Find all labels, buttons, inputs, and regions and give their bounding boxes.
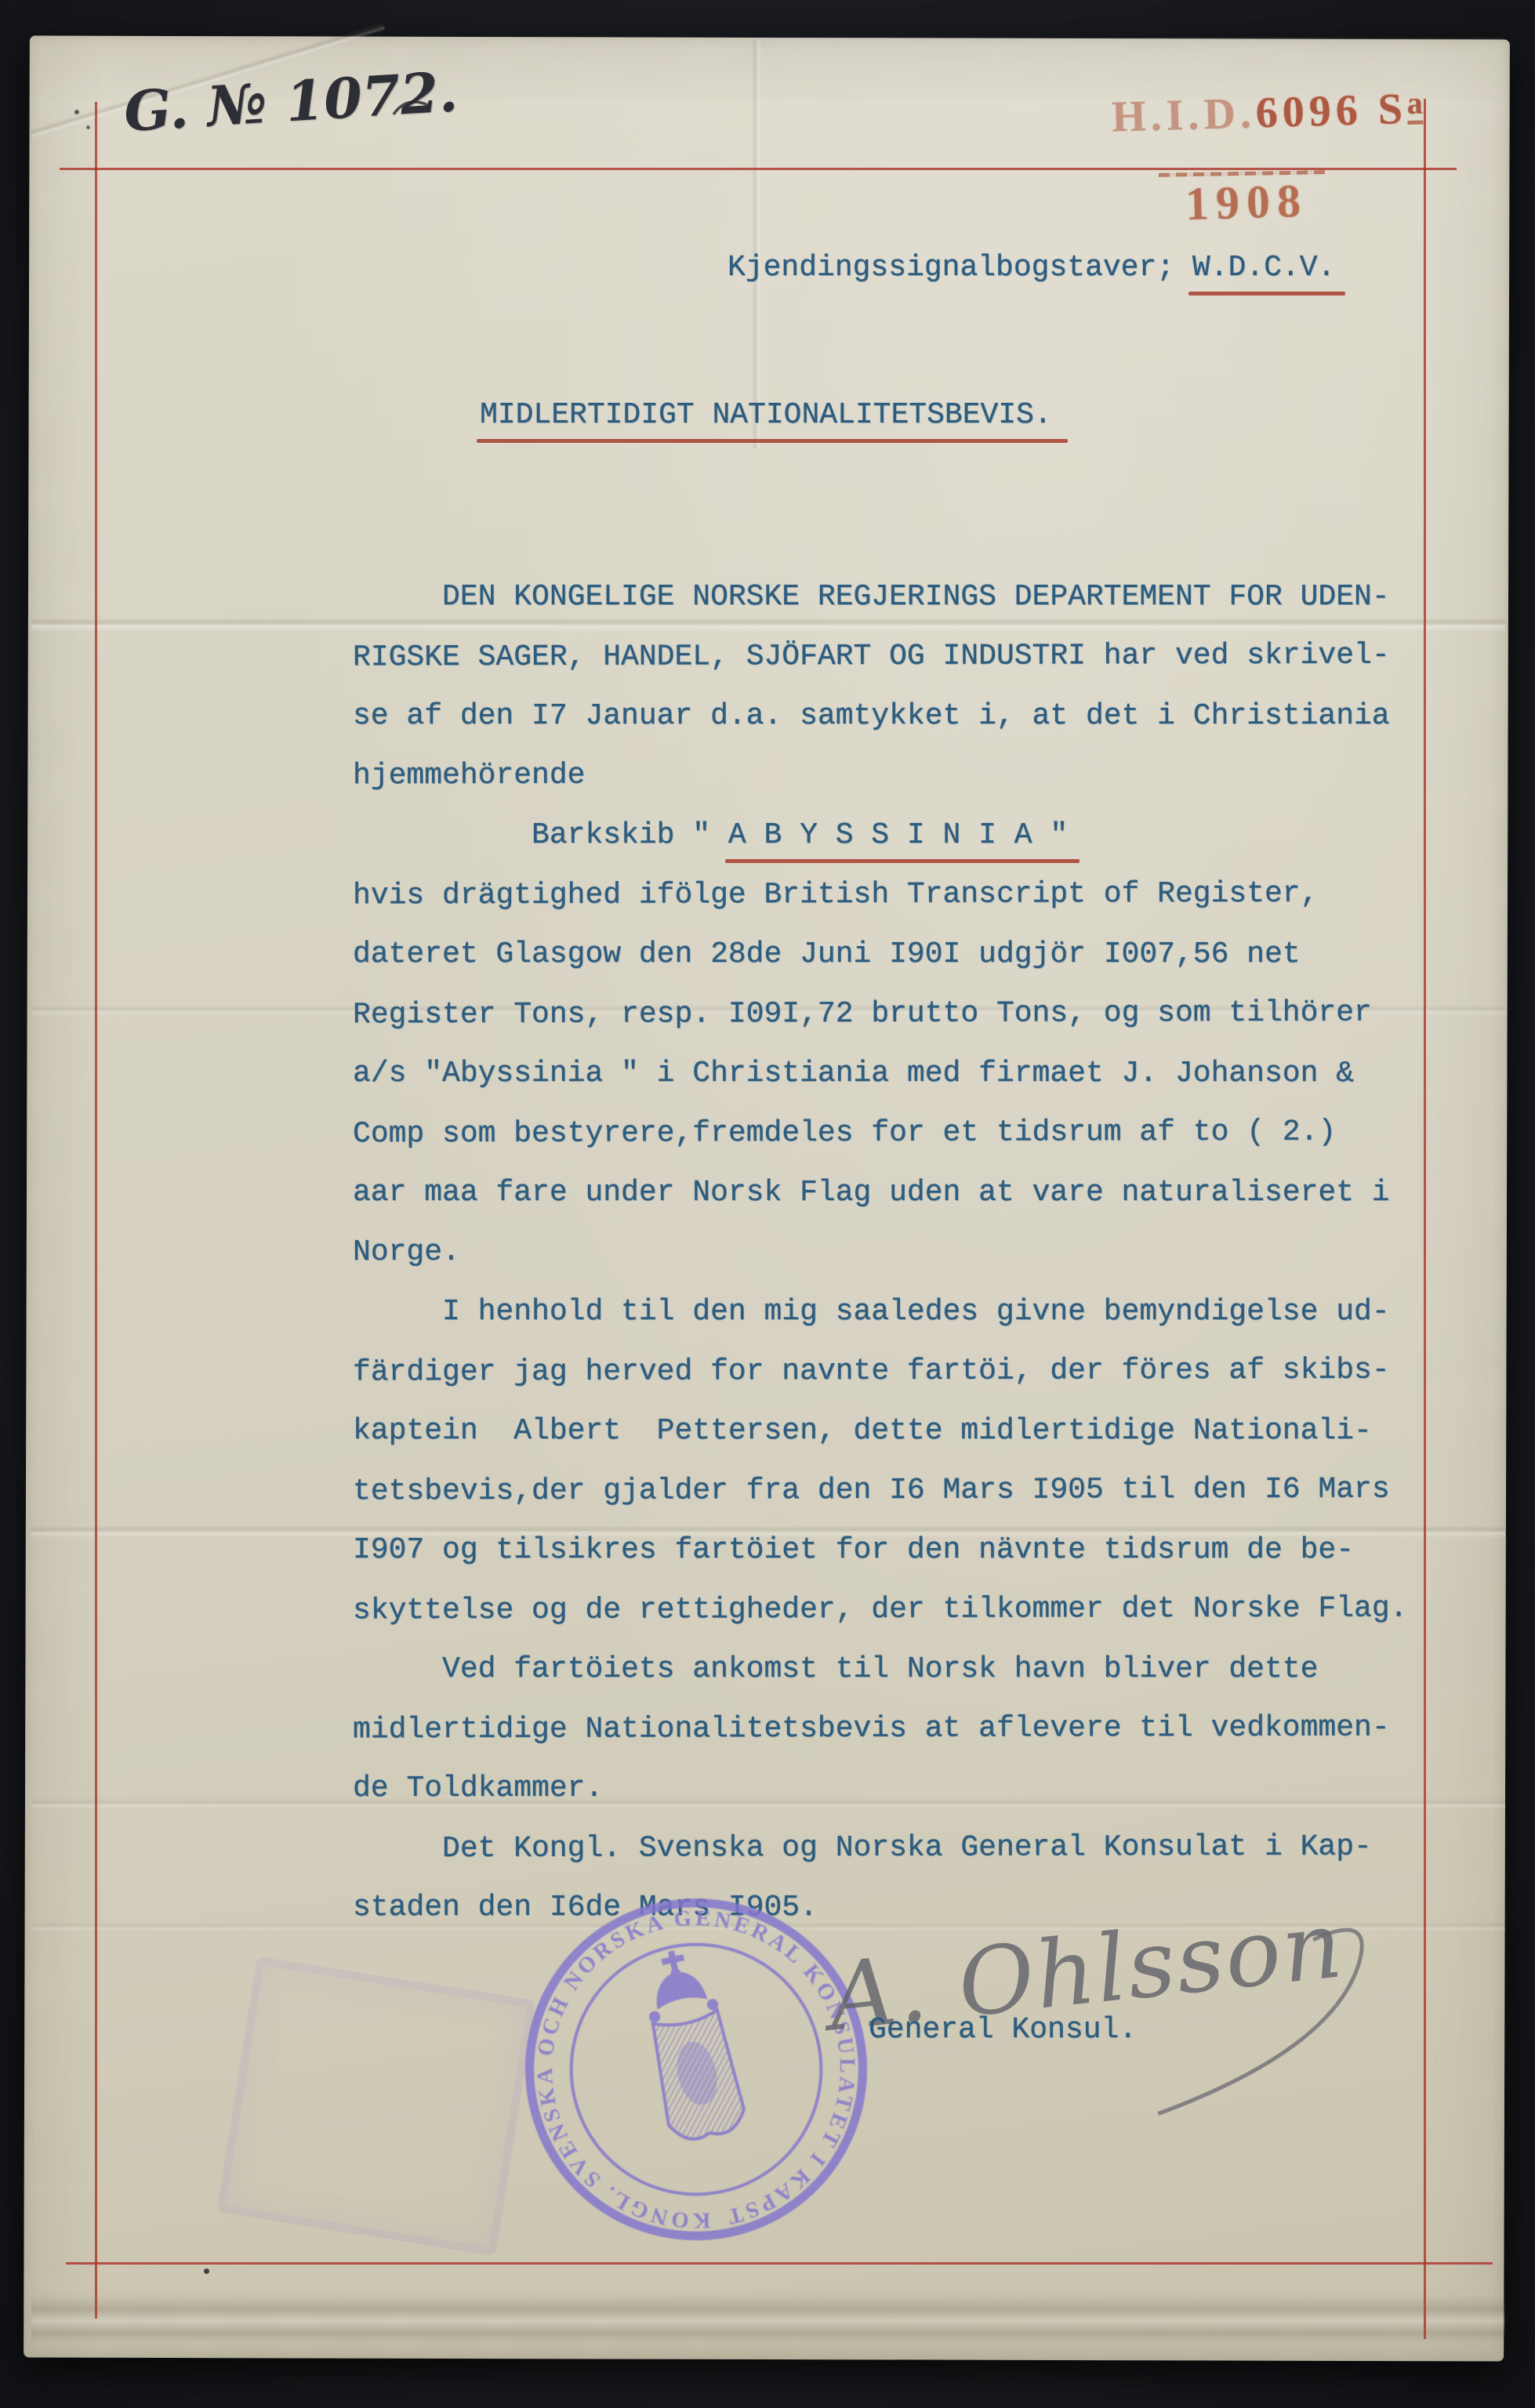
archive-stamp-code: 6096 S bbox=[1255, 85, 1408, 137]
signature-role: General Konsul. bbox=[869, 2011, 1137, 2049]
typed-line: Det Kongl. Svenska og Norska General Kon… bbox=[353, 1829, 1372, 1869]
ghost-stamp-impression bbox=[216, 1956, 535, 2256]
typed-line: tetsbevis,der gjalder fra den I6 Mars I9… bbox=[353, 1471, 1390, 1511]
seal-shield-icon bbox=[648, 2009, 748, 2144]
signal-letters-underline bbox=[1188, 292, 1345, 296]
typed-line: I henhold til den mig saaledes givne bem… bbox=[353, 1293, 1390, 1331]
typed-line: midlertidige Nationalitetsbevis at aflev… bbox=[353, 1710, 1390, 1750]
typed-line-ship-name: Barkskib " A B Y S S I N I A " bbox=[353, 817, 1068, 854]
typed-line: kaptein Albert Pettersen, dette midlerti… bbox=[353, 1413, 1372, 1450]
page-title: MIDLERTIDIGT NATIONALITETSBEVIS. bbox=[480, 397, 1052, 434]
typed-line: aar maa fare under Norsk Flag uden at va… bbox=[353, 1174, 1390, 1212]
typed-line: a/s "Abyssinia " i Christiania med firma… bbox=[353, 1055, 1354, 1093]
ink-speck bbox=[204, 2268, 209, 2274]
margin-rule-left bbox=[95, 102, 97, 2319]
ink-speck bbox=[74, 110, 79, 114]
signal-letters-value: W.D.C.V. bbox=[1192, 251, 1335, 285]
ink-squiggle bbox=[392, 94, 433, 119]
typed-line: Norge. bbox=[353, 1234, 460, 1271]
typed-line: DEN KONGELIGE NORSKE REGJERINGS DEPARTEM… bbox=[353, 578, 1390, 616]
ship-name-underline bbox=[725, 859, 1080, 863]
archive-stamp-year: 1908 bbox=[1185, 174, 1308, 231]
typed-line: RIGSKE SAGER, HANDEL, SJÖFART OG INDUSTR… bbox=[353, 637, 1390, 677]
title-underline bbox=[477, 439, 1068, 443]
typed-line: Ved fartöiets ankomst til Norsk havn bli… bbox=[353, 1651, 1318, 1688]
archive-stamp: H.I.D.6096 Sa bbox=[1111, 83, 1424, 142]
seal-crown-icon bbox=[637, 1944, 720, 2024]
typed-line: färdiger jag herved for navnte fartöi, d… bbox=[353, 1352, 1390, 1392]
typed-line: dateret Glasgow den 28de Juni I90I udgjö… bbox=[353, 936, 1301, 974]
typed-line: de Toldkammer. bbox=[353, 1770, 603, 1808]
signal-letters-line: Kjendingssignalbogstaver; W.D.C.V. bbox=[728, 249, 1335, 287]
typed-line: se af den I7 Januar d.a. samtykket i, at… bbox=[353, 698, 1390, 735]
typed-line: hjemmehörende bbox=[353, 757, 586, 796]
signature-block: A. Ohlsson bbox=[815, 1872, 1458, 2138]
archive-stamp-ordinal: a bbox=[1406, 85, 1423, 125]
ink-speck bbox=[86, 125, 90, 129]
typed-line: skyttelse og de rettigheder, der tilkomm… bbox=[353, 1590, 1408, 1630]
scanned-document: G. № 1072. H.I.D.6096 Sa 1908 Kjendingss… bbox=[0, 0, 1535, 2408]
typed-line: Comp som bestyrere,fremdeles for et tids… bbox=[353, 1114, 1336, 1154]
margin-rule-top bbox=[60, 168, 1457, 170]
typed-line: I907 og tilsikres fartöiet for den nävnt… bbox=[353, 1532, 1354, 1569]
margin-rule-bottom bbox=[66, 2262, 1493, 2265]
typed-line: hvis drägtighed ifölge British Transcrip… bbox=[353, 876, 1319, 916]
signal-letters-label: Kjendingssignalbogstaver; bbox=[728, 251, 1192, 285]
archive-stamp-prefix: H.I.D. bbox=[1111, 89, 1256, 141]
typed-line: Register Tons, resp. I09I,72 brutto Tons… bbox=[353, 995, 1372, 1035]
